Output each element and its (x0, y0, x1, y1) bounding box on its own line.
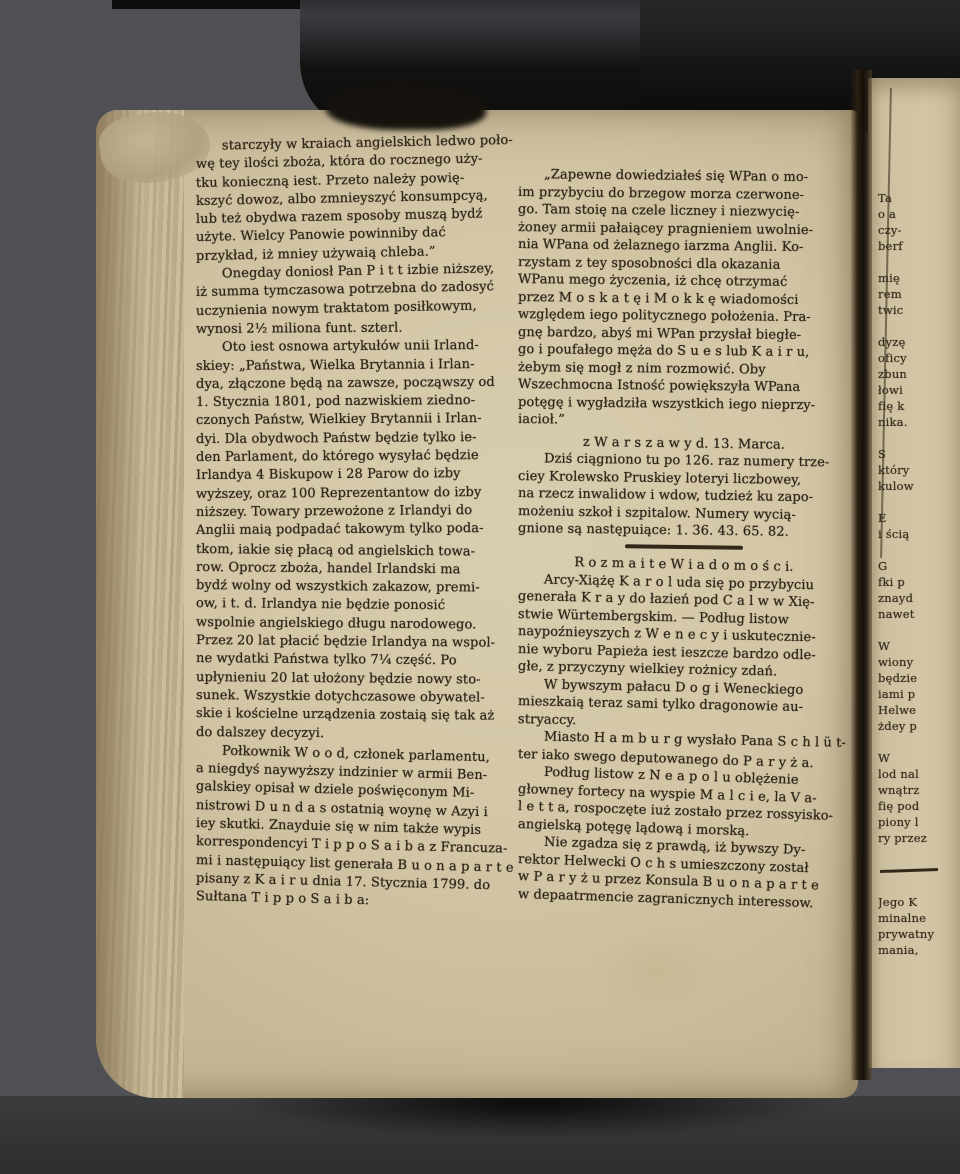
text-line: skiey: „Państwa, Wielka Brytannia i Irla… (196, 355, 511, 375)
left-text-column: starczyły w kraiach angielskich ledwo po… (196, 138, 511, 906)
edge-fragment: nawet (878, 606, 958, 622)
text-line: tkom, iakie się płacą od angielskich tow… (196, 541, 511, 562)
edge-fragment: czy- (878, 222, 958, 238)
edge-fragment: oficy (878, 350, 958, 366)
edge-fragment: Ta (878, 190, 958, 206)
edge-fragment (878, 494, 958, 510)
page-corner-shadow (326, 84, 486, 130)
edge-fragment: kulow (878, 478, 958, 494)
edge-fragment: o a (878, 206, 958, 222)
edge-fragment: fki p (878, 574, 958, 590)
edge-fragment: nika. (878, 414, 958, 430)
edge-fragment: i ścią (878, 526, 958, 542)
book-gutter-shadow (850, 70, 872, 1080)
text-line: Oto iest osnowa artykułów unii Irland- (196, 337, 511, 357)
edge-fragment (878, 254, 958, 270)
divider-rule (880, 868, 938, 873)
edge-fragment: ry przez (878, 830, 958, 846)
next-page-text-fragments: Tao aczy-berfmięremtwicdyzęoficyzbunłowi… (878, 190, 958, 958)
edge-fragment: wnątrz (878, 782, 958, 798)
scanned-page: starczyły w kraiach angielskich ledwo po… (96, 110, 858, 1098)
text-line: Irlandya 4 Biskupow i 28 Parow do izby (196, 465, 511, 485)
edge-fragment: iami p (878, 686, 958, 702)
edge-fragment: dyzę (878, 334, 958, 350)
edge-fragment (878, 318, 958, 334)
divider-rule (625, 544, 743, 549)
edge-fragment: mię (878, 270, 958, 286)
edge-fragment: minalne (878, 910, 958, 926)
edge-fragment (878, 622, 958, 638)
text-line: dya, złączone będą na zawsze, począwszy … (196, 374, 511, 394)
edge-fragment: piony l (878, 814, 958, 830)
edge-fragment (878, 846, 958, 862)
edge-fragment: mania, (878, 942, 958, 958)
text-line: Anglii maią podpadać takowym tylko poda- (196, 520, 511, 540)
edge-fragment: zbun (878, 366, 958, 382)
edge-fragment: łowi (878, 382, 958, 398)
edge-fragment (878, 430, 958, 446)
edge-fragment: berf (878, 238, 958, 254)
text-line: iacioł.” (518, 411, 850, 432)
edge-fragment: prywatny (878, 926, 958, 942)
scan-root: { "document_title": "Polish newspaper pa… (0, 0, 960, 1174)
edge-fragment: G (878, 558, 958, 574)
text-line: ow, i t. d. Irlandya nie będzie ponosić (196, 595, 511, 616)
page-fore-edge (96, 110, 184, 1098)
edge-fragment: W (878, 638, 958, 654)
text-line: do dalszey decyzyi. (196, 724, 511, 745)
edge-fragment: Helwe (878, 702, 958, 718)
text-line: dyi. Dla obydwoch Państw będzie tylko ie… (196, 429, 511, 449)
edge-fragment: rem (878, 286, 958, 302)
edge-fragment (878, 878, 958, 894)
edge-fragment (878, 734, 958, 750)
scanner-bed-top-strip (112, 0, 332, 9)
text-line: wyższey, oraz 100 Reprezentantow do izby (196, 483, 511, 503)
edge-fragment: wiony (878, 654, 958, 670)
edge-fragment: W (878, 750, 958, 766)
edge-fragment: żdey p (878, 718, 958, 734)
edge-fragment (878, 542, 958, 558)
text-line: czonych Państw, Wielkiey Brytannii i Irl… (196, 410, 511, 430)
edge-fragment: fię pod (878, 798, 958, 814)
edge-fragment: twic (878, 302, 958, 318)
edge-fragment: lod nal (878, 766, 958, 782)
edge-fragment: fię k (878, 398, 958, 414)
edge-fragment: będzie (878, 670, 958, 686)
edge-fragment: Jego K (878, 894, 958, 910)
right-text-column: „Zapewne dowiedziałeś się WPan o mo-im p… (518, 166, 850, 903)
text-line: ne wydatki Państwa tylko 7¼ część. Po (196, 650, 511, 671)
text-line: gnione są następuiące: 1. 36. 43. 65. 82… (518, 520, 850, 542)
text-line: skie i kościelne urządzenia zostaią się … (196, 705, 511, 726)
next-page-sliver: Tao aczy-berfmięremtwicdyzęoficyzbunłowi… (868, 78, 960, 1068)
edge-fragment: E (878, 510, 958, 526)
edge-fragment: S (878, 446, 958, 462)
edge-fragment: znayd (878, 590, 958, 606)
edge-fragment: który (878, 462, 958, 478)
